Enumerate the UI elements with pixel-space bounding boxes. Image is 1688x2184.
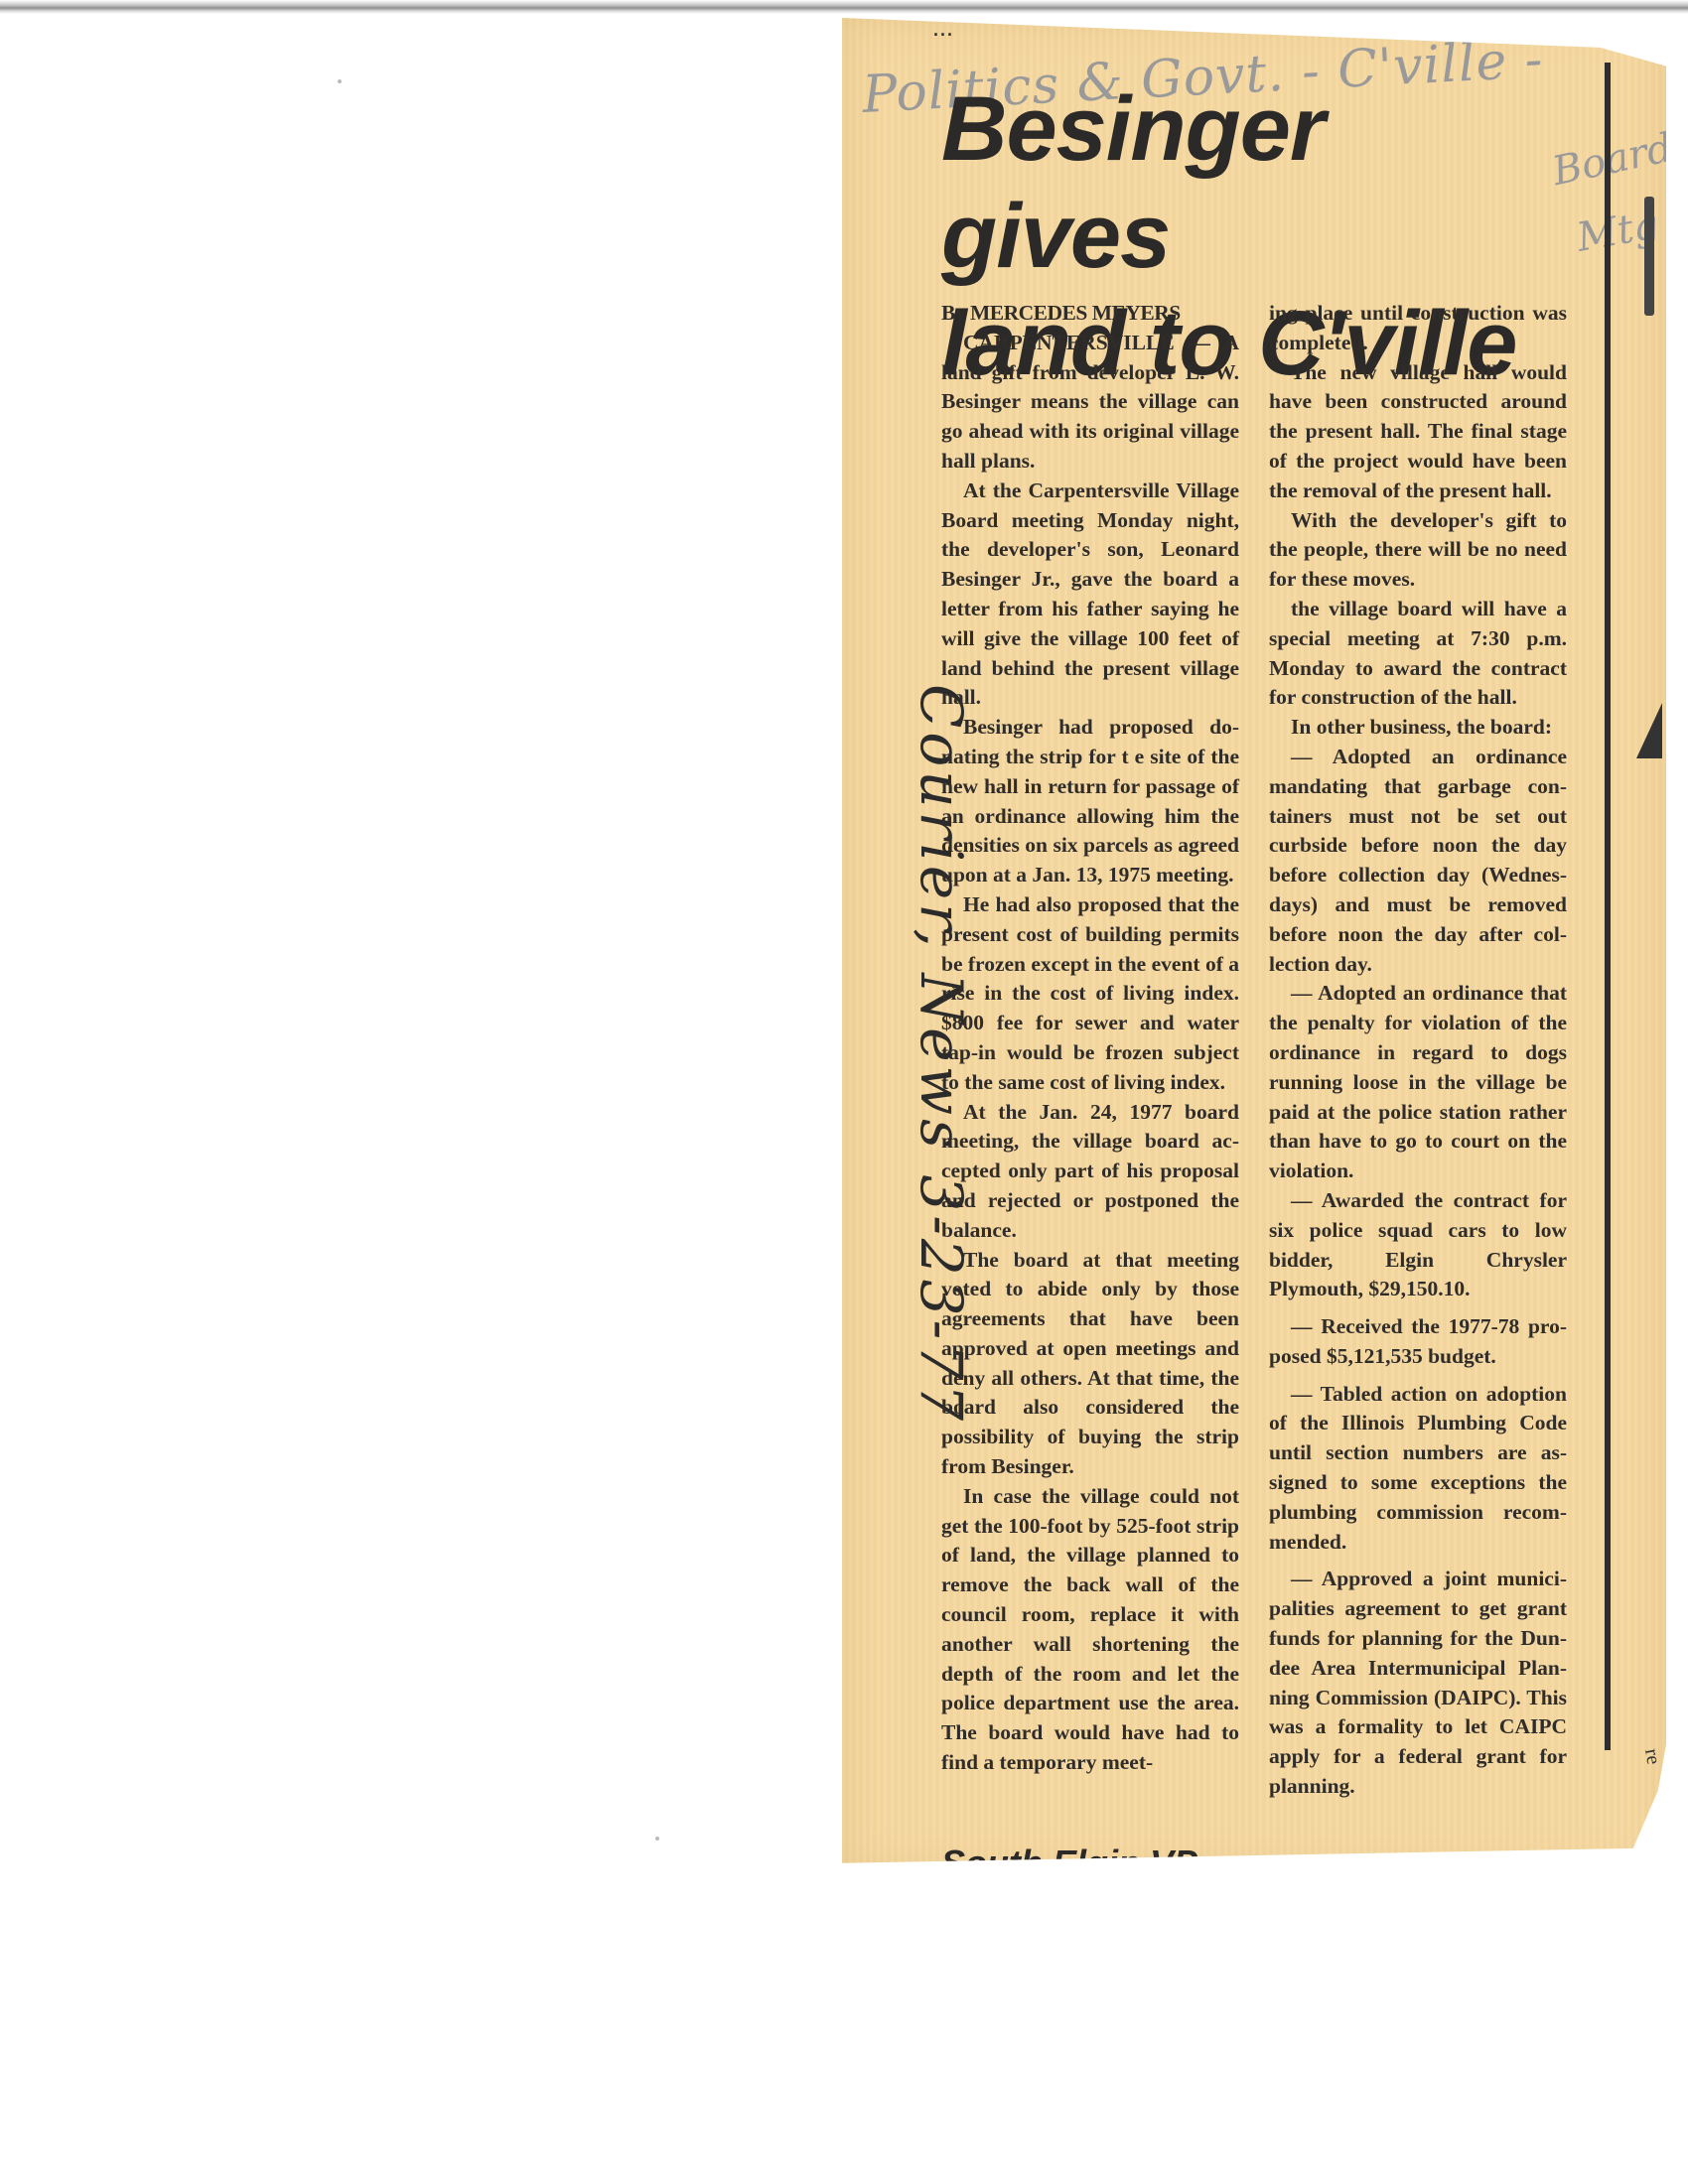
paragraph: The board at that meeting voted to abide…: [941, 1246, 1239, 1482]
list-item: — Received the 1977-78 pro­posed $5,121,…: [1269, 1312, 1567, 1372]
next-article-headline-fragment: South Elgin VP: [941, 1843, 1197, 1884]
edge-triangle-mark: [1636, 703, 1662, 758]
paragraph: CARPENTERSVILLE — A land gift from devel…: [941, 329, 1239, 477]
article-column-right: ing place until construction was complet…: [1269, 299, 1567, 1802]
paragraph: The new village hall would have been con…: [1269, 358, 1567, 506]
paragraph: ing place until construction was complet…: [1269, 299, 1567, 358]
scan-speck: [655, 1837, 659, 1841]
paragraph: With the developer's gift to the people,…: [1269, 506, 1567, 595]
list-item: — Tabled action on adoption of the Illin…: [1269, 1380, 1567, 1558]
paragraph: the village board will have a special me…: [1269, 595, 1567, 713]
newspaper-clipping: ... Politics & Govt. - C'ville - Board M…: [842, 18, 1666, 1874]
paragraph: At the Carpentersville Vil­lage Board me…: [941, 477, 1239, 713]
clipped-fragment: ...: [933, 20, 954, 41]
article-column-left: By MERCEDES MEYERS CARPENTERSVILLE — A l…: [941, 299, 1239, 1778]
handwritten-board-note: Board: [1549, 125, 1677, 195]
column-rule: [1605, 63, 1611, 1750]
list-item: — Approved a joint munici­palities agree…: [1269, 1565, 1567, 1801]
paragraph: At the Jan. 24, 1977 board meeting, the …: [941, 1098, 1239, 1246]
paragraph: Besinger had proposed do­nating the stri…: [941, 713, 1239, 890]
scan-speck: [338, 79, 342, 83]
folded-corner-text: re: [1639, 1747, 1664, 1766]
list-item: — Awarded the contract for six police sq…: [1269, 1186, 1567, 1304]
headline-line-1: Besinger gives: [941, 78, 1325, 287]
scanner-edge: [0, 0, 1688, 14]
paragraph: In other business, the board:: [1269, 713, 1567, 743]
edge-ink-mark: [1644, 197, 1654, 316]
paragraph: In case the village could not get the 10…: [941, 1482, 1239, 1778]
paragraph: He had also proposed that the present co…: [941, 890, 1239, 1098]
byline: By MERCEDES MEYERS: [941, 299, 1239, 329]
list-item: — Adopted an ordinance mandating that ga…: [1269, 743, 1567, 979]
list-item: — Adopted an ordinance that the penalty …: [1269, 979, 1567, 1186]
